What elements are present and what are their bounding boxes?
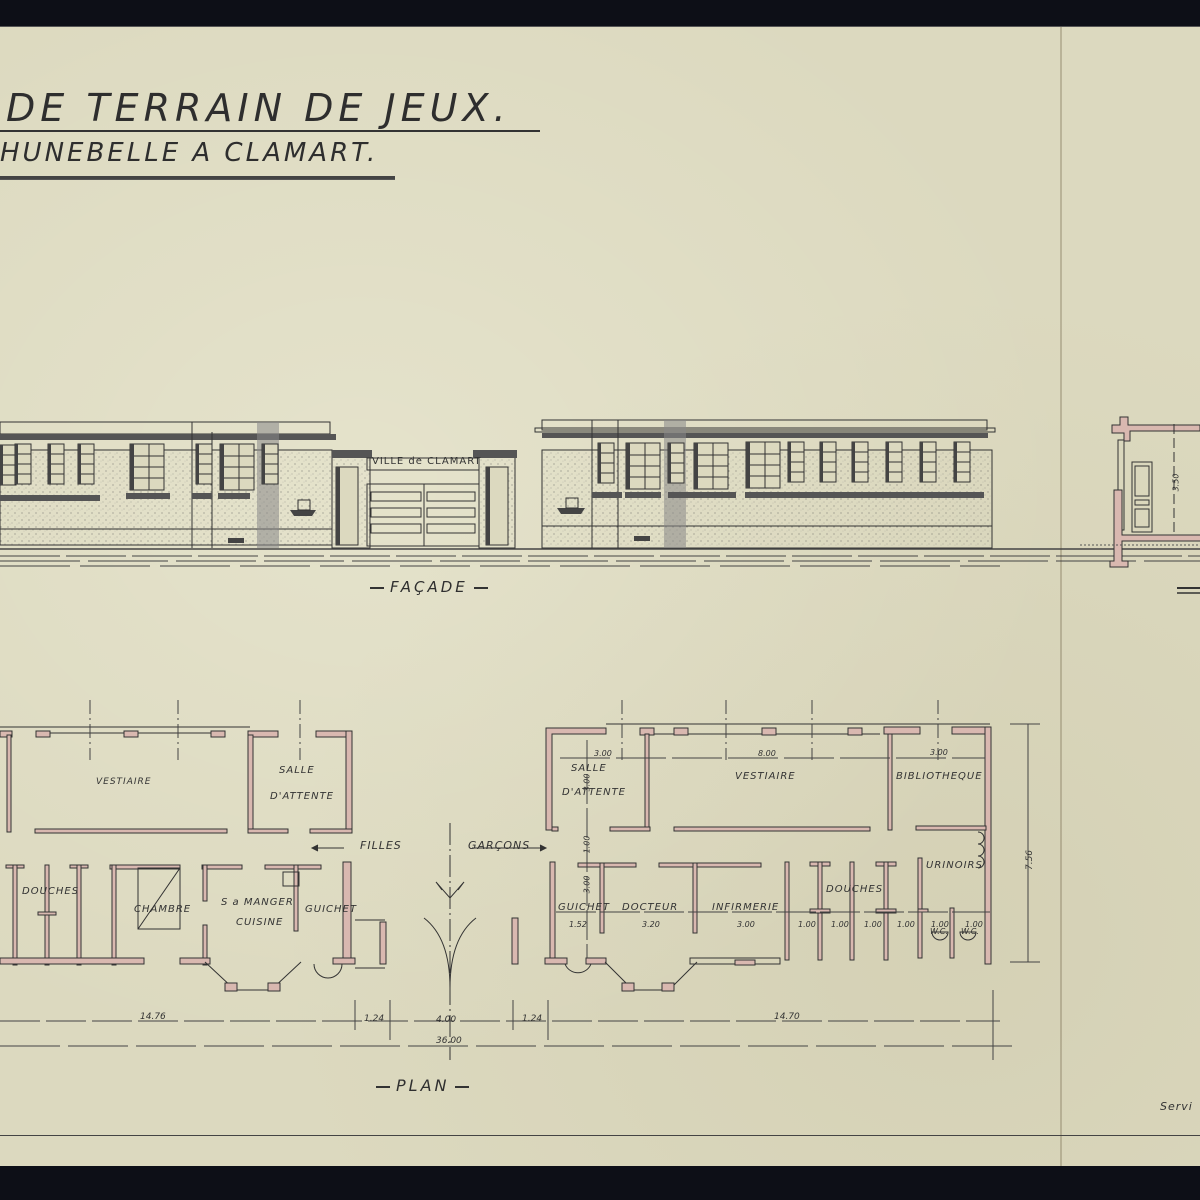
architectural-drawing xyxy=(0,0,1200,1200)
gate-sign: VILLE de CLAMART xyxy=(372,456,482,467)
facade-caption: FAÇADE xyxy=(364,578,494,596)
plan-caption: PLAN xyxy=(370,1076,475,1095)
label-filles: FILLES xyxy=(360,839,402,852)
ground-lines xyxy=(0,549,1200,566)
dim-vert-1: 3.00 xyxy=(582,774,591,792)
room-guichet-left: GUICHET xyxy=(305,904,357,915)
dim-bottom-4: 1.00 xyxy=(798,920,816,929)
label-garcons: GARÇONS xyxy=(468,839,530,852)
dim-right-wing: 14.70 xyxy=(774,1012,800,1022)
room-attente-right: D'ATTENTE xyxy=(562,787,626,798)
room-bibliotheque: BIBLIOTHEQUE xyxy=(896,771,983,782)
room-salle-left: SALLE xyxy=(279,765,315,776)
dim-bottom-7: 1.00 xyxy=(897,920,915,929)
dim-top-2: 8.00 xyxy=(758,749,776,758)
facade-right-building xyxy=(535,420,995,548)
section-drawing xyxy=(1080,417,1200,593)
room-douches-right: DOUCHES xyxy=(826,884,883,895)
dim-depth: 7.56 xyxy=(1025,850,1035,870)
section-height-dim: 3.50 xyxy=(1171,474,1180,492)
room-vestiaire-right: VESTIAIRE xyxy=(735,771,796,782)
plan-left-wing xyxy=(0,727,386,991)
dim-bottom-6: 1.00 xyxy=(864,920,882,929)
dim-vert-2: 1.00 xyxy=(582,836,591,854)
dim-vert-3: 3.00 xyxy=(582,876,591,894)
dim-bottom-8: 1.00 xyxy=(931,920,949,929)
dim-top-3: 3.00 xyxy=(930,748,948,757)
facade-left-building xyxy=(0,422,336,548)
dim-total: 36.00 xyxy=(436,1036,462,1046)
room-infirmerie: INFIRMERIE xyxy=(712,902,779,913)
room-chambre: CHAMBRE xyxy=(134,904,191,915)
dim-left-wing: 14.76 xyxy=(140,1012,166,1022)
service-text: Servi xyxy=(1160,1100,1193,1113)
room-attente-left: D'ATTENTE xyxy=(270,791,334,802)
room-cuisine: CUISINE xyxy=(236,917,283,928)
dim-bottom-3: 3.00 xyxy=(737,920,755,929)
room-douches-left: DOUCHES xyxy=(22,886,79,897)
room-guichet-right: GUICHET xyxy=(558,902,610,913)
dim-gap-right: 1.24 xyxy=(522,1014,542,1024)
dim-gate: 4.00 xyxy=(436,1015,456,1025)
dim-bottom-2: 3.20 xyxy=(642,920,660,929)
dim-top-1: 3.00 xyxy=(594,749,612,758)
room-docteur: DOCTEUR xyxy=(622,902,678,913)
dim-bottom-5: 1.00 xyxy=(831,920,849,929)
room-salle-right: SALLE xyxy=(571,763,607,774)
dim-bottom-1: 1.52 xyxy=(569,920,587,929)
dim-gap-left: 1.24 xyxy=(364,1014,384,1024)
room-vestiaire-left: VESTIAIRE xyxy=(96,777,151,787)
room-salle-a-manger: S a MANGER xyxy=(221,897,294,908)
dim-bottom-9: 1.00 xyxy=(965,920,983,929)
room-urinoirs: URINOIRS xyxy=(926,860,983,871)
